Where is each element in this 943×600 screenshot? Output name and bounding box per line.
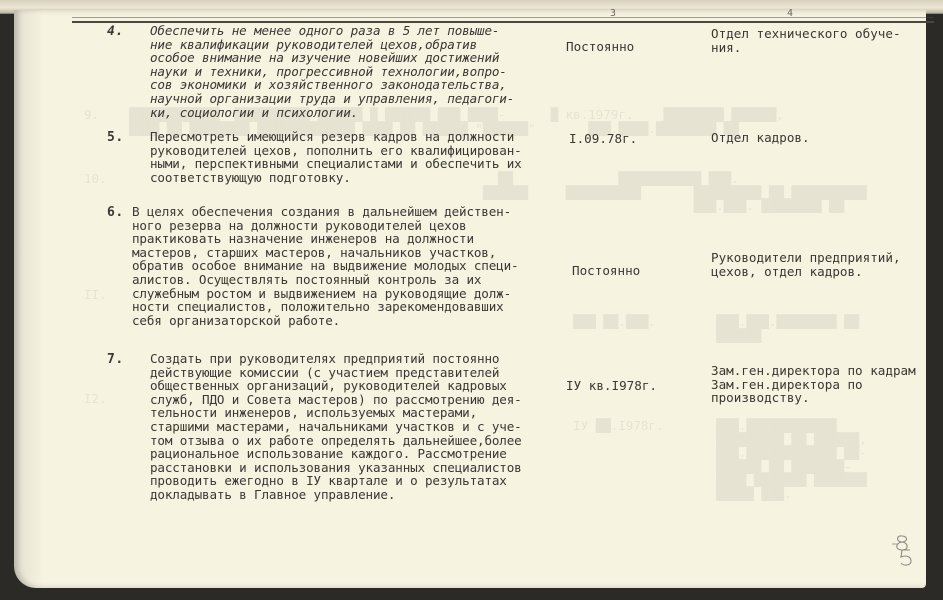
document-page: 3 4 9. ████████████ ██████████ ██████ █ … <box>14 10 926 588</box>
task-text: В целях обеспечения создания в дальнейше… <box>132 205 572 327</box>
row-number: 6. <box>107 205 124 220</box>
row-number: 5. <box>107 130 124 145</box>
page-shadow <box>14 10 44 588</box>
row-number: 7. <box>107 352 124 367</box>
responsible-party: Отдел кадров. <box>711 131 939 145</box>
responsible-party: Отдел технического обуче- ния. <box>711 27 939 54</box>
column-number-4: 4 <box>787 8 793 19</box>
due-date: Постоянно <box>572 263 640 278</box>
pencil-mark-icon <box>890 532 920 568</box>
column-number-3: 3 <box>610 8 616 19</box>
header-rule-top <box>72 17 934 18</box>
due-date: I.09.78г. <box>569 131 637 146</box>
responsible-party: Зам.ген.директора по кадрам Зам.ген.дире… <box>711 364 939 405</box>
row-number: 4. <box>107 24 124 39</box>
task-text: Создать при руководителях предприятий по… <box>150 352 570 502</box>
task-text: Пересмотреть имеющийся резерв кадров на … <box>150 130 570 184</box>
handwritten-page-number <box>890 532 920 568</box>
task-text: Обеспечить не менее одного раза в 5 лет … <box>150 24 570 119</box>
scanned-document: 3 4 9. ████████████ ██████████ ██████ █ … <box>0 0 943 600</box>
due-date: IУ кв.I978г. <box>566 378 657 393</box>
due-date: Постоянно <box>566 39 634 54</box>
responsible-party: Руководители предприятий, цехов, отдел к… <box>711 251 939 278</box>
